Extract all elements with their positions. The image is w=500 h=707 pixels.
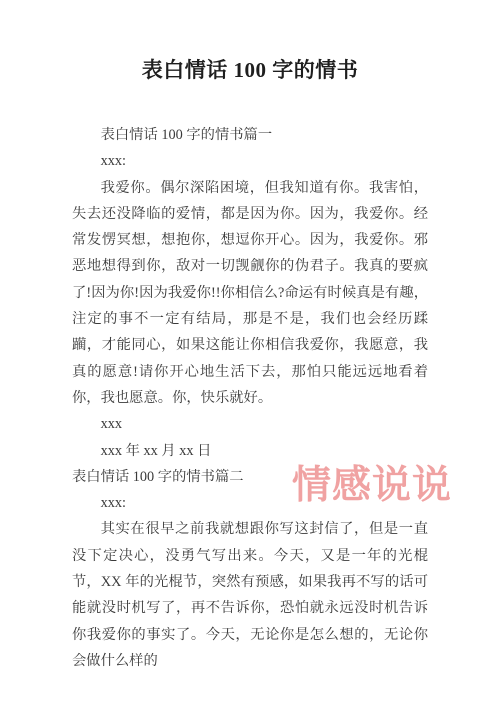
document-page: 表白情话 100 字的情书 表白情话 100 字的情书篇一 xxx: 我爱你。偶… xyxy=(0,0,500,707)
paragraph-signature-date: xxx 年 xx 月 xx 日 xyxy=(72,438,428,464)
paragraph-section-one-heading: 表白情话 100 字的情书篇一 xyxy=(72,122,428,148)
paragraph-salutation-two: xxx: xyxy=(72,490,428,516)
paragraph-signature-name: xxx xyxy=(72,411,428,437)
document-title: 表白情话 100 字的情书 xyxy=(40,56,460,85)
document-body: 表白情话 100 字的情书篇一 xxx: 我爱你。偶尔深陷困境，但我知道有你。我… xyxy=(72,122,428,674)
paragraph-letter-two-body: 其实在很早之前我就想跟你写这封信了，但是一直没下定决心，没勇气写出来。今天，又是… xyxy=(72,516,428,674)
paragraph-salutation-one: xxx: xyxy=(72,148,428,174)
paragraph-letter-one-body: 我爱你。偶尔深陷困境，但我知道有你。我害怕，失去还没降临的爱情，都是因为你。因为… xyxy=(72,175,428,412)
paragraph-section-two-heading: 表白情话 100 字的情书篇二 xyxy=(72,464,428,490)
